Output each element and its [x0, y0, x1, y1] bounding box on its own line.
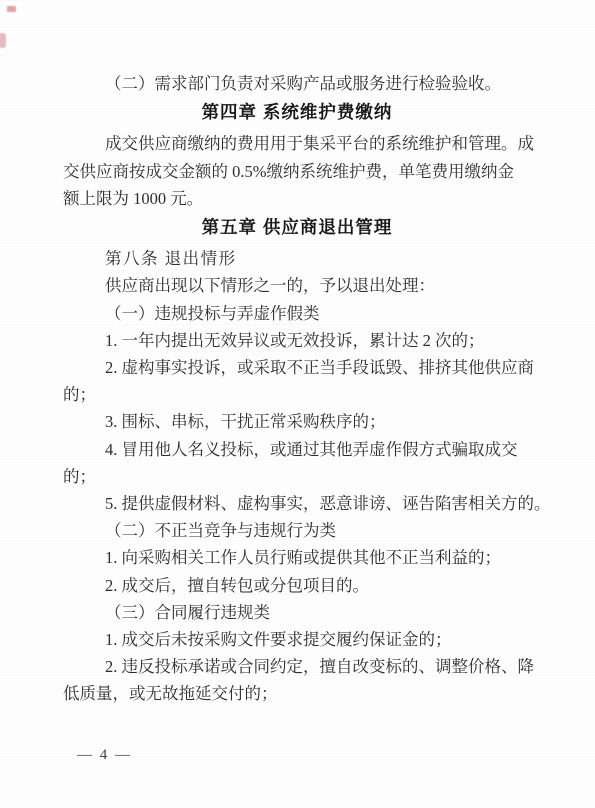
text-line: 5. 提供虚假材料、虚构事实，恶意诽谤、诬告陷害相关方的。: [63, 490, 531, 517]
text-line: 的；: [63, 463, 531, 490]
text-line: 1. 成交后未按采购文件要求提交履约保证金的；: [63, 626, 531, 653]
document-body: （二）需求部门负责对采购产品或服务进行检验验收。第四章 系统维护费缴纳成交供应商…: [63, 70, 531, 708]
text-line: 2. 违反投标承诺或合同约定，擅自改变标的、调整价格、降: [63, 653, 531, 680]
text-line: （二）需求部门负责对采购产品或服务进行检验验收。: [63, 70, 531, 97]
document-page: （二）需求部门负责对采购产品或服务进行检验验收。第四章 系统维护费缴纳成交供应商…: [0, 0, 595, 808]
page-number: — 4 —: [77, 747, 132, 764]
chapter-heading: 第四章 系统维护费缴纳: [63, 99, 531, 126]
text-line: 2. 虚构事实投诉，或采取不正当手段诋毁、排挤其他供应商: [63, 354, 531, 381]
text-line: 4. 冒用他人名义投标，或通过其他弄虚作假方式骗取成交: [63, 436, 531, 463]
text-line: 3. 围标、串标，干扰正常采购秩序的；: [63, 408, 531, 435]
text-line: 的；: [63, 381, 531, 408]
chapter-heading: 第五章 供应商退出管理: [63, 214, 531, 241]
text-line: 2. 成交后，擅自转包或分包项目的。: [63, 572, 531, 599]
text-line: （三）合同履行违规类: [63, 599, 531, 626]
text-line: 1. 向采购相关工作人员行贿或提供其他不正当利益的；: [63, 544, 531, 571]
text-line: （二）不正当竞争与违规行为类: [63, 517, 531, 544]
red-stamp-mark-icon: [7, 6, 16, 12]
text-line: 供应商出现以下情形之一的，予以退出处理：: [63, 272, 531, 299]
text-line: 成交供应商缴纳的费用用于集采平台的系统维护和管理。成: [63, 130, 531, 157]
text-line: 1. 一年内提出无效异议或无效投诉，累计达 2 次的；: [63, 327, 531, 354]
text-line: 交供应商按成交金额的 0.5%缴纳系统维护费，单笔费用缴纳金: [63, 158, 531, 185]
text-line: 额上限为 1000 元。: [63, 185, 531, 212]
text-line: 低质量，或无故拖延交付的；: [63, 680, 531, 707]
text-line: （一）违规投标与弄虚作假类: [63, 300, 531, 327]
article-heading: 第八条 退出情形: [63, 245, 531, 272]
red-stamp-mark-icon: [0, 33, 6, 48]
